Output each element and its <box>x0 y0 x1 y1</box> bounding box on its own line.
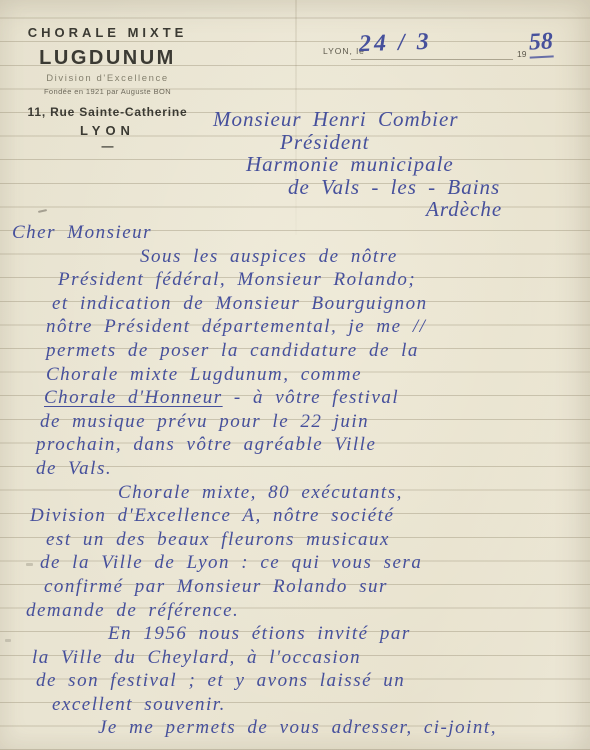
recipient-city: de Vals - les - Bains <box>288 176 590 199</box>
handwritten-line: Président fédéral, Monsieur Rolando; <box>58 268 590 292</box>
handwritten-line: Chorale mixte Lugdunum, comme <box>46 363 590 387</box>
salutation: Cher Monsieur <box>12 221 590 245</box>
handwritten-line: prochain, dans vôtre agréable Ville <box>36 433 590 457</box>
recipient-org: Harmonie municipale <box>246 153 590 176</box>
letter-body: Cher Monsieur Sous les auspices de nôtre… <box>0 221 590 740</box>
handwritten-line: de la Ville de Lyon : ce qui vous sera <box>40 551 590 575</box>
honor-line-rest: - à vôtre festival <box>223 387 400 408</box>
org-name-line2: LUGDUNUM <box>20 47 195 70</box>
handwritten-line-honor: Chorale d'Honneur - à vôtre festival <box>44 386 590 410</box>
date-handwritten: 24 / 3 <box>359 29 433 59</box>
handwritten-line: de son festival ; et y avons laissé un <box>36 669 590 693</box>
handwritten-line: Chorale mixte, 80 exécutants, <box>118 481 590 505</box>
letter-page: CHORALE MIXTE LUGDUNUM Division d'Excell… <box>0 0 590 750</box>
handwritten-line: nôtre Président départemental, je me // <box>46 315 590 339</box>
handwritten-line: En 1956 nous étions invité par <box>108 622 590 646</box>
handwritten-line: de Vals. <box>36 457 590 481</box>
handwritten-line: confirmé par Monsieur Rolando sur <box>44 575 590 599</box>
handwritten-line: de musique prévu pour le 22 juin <box>40 410 590 434</box>
org-name-line1: CHORALE MIXTE <box>20 25 195 40</box>
recipient-block: Monsieur Henri Combier Président Harmoni… <box>0 108 590 221</box>
year-printed-prefix: 19 <box>517 49 526 59</box>
recipient-title: Président <box>280 131 590 154</box>
dateline: LYON, le 24 / 3 19 58 <box>323 36 573 66</box>
handwritten-line: et indication de Monsieur Bourguignon <box>52 292 590 316</box>
recipient-name: Monsieur Henri Combier <box>213 108 590 131</box>
handwritten-line: Division d'Excellence A, nôtre société <box>30 504 590 528</box>
org-founded: Fondée en 1921 par Auguste BON <box>20 87 195 96</box>
handwritten-line: la Ville du Cheylard, à l'occasion <box>32 646 590 670</box>
year-handwritten: 58 <box>528 28 553 58</box>
handwritten-line: Je me permets de vous adresser, ci-joint… <box>98 716 590 740</box>
handwritten-line: est un des beaux fleurons musicaux <box>46 528 590 552</box>
recipient-region: Ardèche <box>426 198 590 221</box>
handwritten-line: excellent souvenir. <box>52 693 590 717</box>
date-rule <box>351 59 513 60</box>
handwritten-line: demande de référence. <box>26 599 590 623</box>
handwritten-line: permets de poser la candidature de la <box>46 339 590 363</box>
handwritten-line: Sous les auspices de nôtre <box>140 245 590 269</box>
honor-underlined-phrase: Chorale d'Honneur <box>44 387 223 408</box>
org-division: Division d'Excellence <box>20 73 195 84</box>
